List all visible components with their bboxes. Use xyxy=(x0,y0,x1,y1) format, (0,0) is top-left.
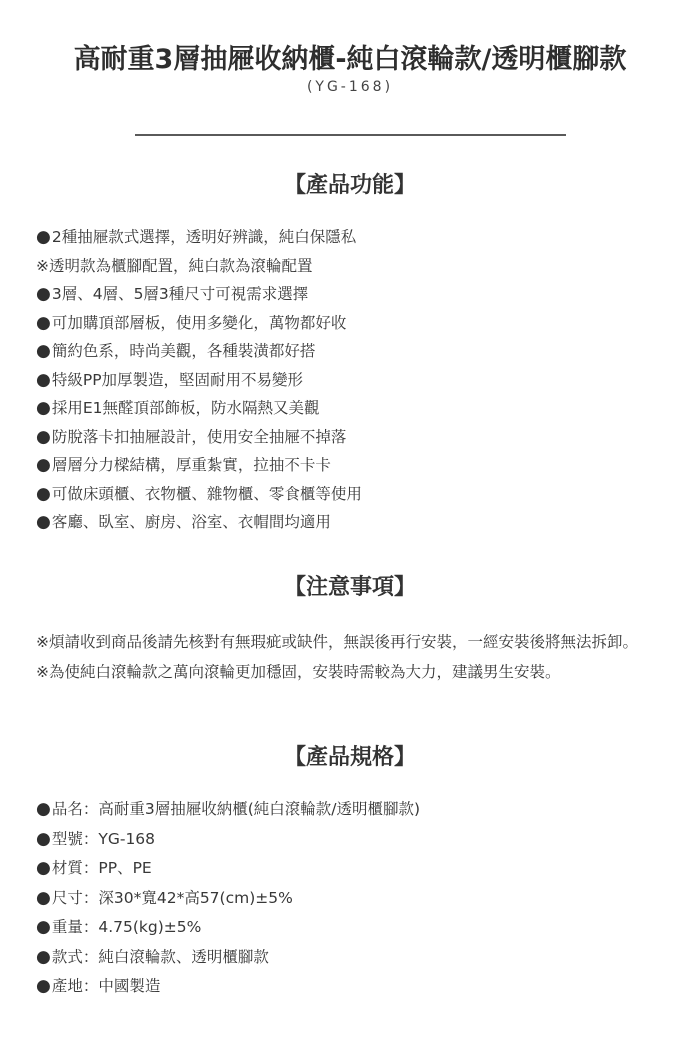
features-heading: 【產品功能】 xyxy=(0,171,700,201)
spec-value: PP、PE xyxy=(98,859,151,877)
spec-item-weight: ●重量：4.75(kg)±5% xyxy=(36,913,420,943)
bullet-icon: ● xyxy=(36,858,51,878)
feature-item: ●簡約色系，時尚美觀，各種裝潢都好搭 xyxy=(36,337,362,366)
feature-item: ●客廳、臥室、廚房、浴室、衣帽間均適用 xyxy=(36,508,362,537)
bullet-icon: ● xyxy=(36,947,51,967)
feature-item: ●特級PP加厚製造，堅固耐用不易變形 xyxy=(36,366,362,395)
notes-block: ※煩請收到商品後請先核對有無瑕疵或缺件，無誤後再行安裝，一經安裝後將無法拆卸。 … xyxy=(36,627,676,687)
product-model-number: (YG-168) xyxy=(0,79,700,95)
spec-label: 款式 xyxy=(52,948,83,966)
feature-item: ●2種抽屜款式選擇，透明好辨識，純白保隱私 xyxy=(36,223,362,252)
spec-label: 產地 xyxy=(52,977,83,995)
feature-item: ●採用E1無醛頂部飾板，防水隔熱又美觀 xyxy=(36,394,362,423)
spec-label: 材質 xyxy=(52,859,83,877)
feature-item: ●層層分力樑結構，厚重紮實，拉抽不卡卡 xyxy=(36,451,362,480)
spec-label: 尺寸 xyxy=(52,889,83,907)
note-item: ※為使純白滾輪款之萬向滾輪更加穩固，安裝時需較為大力，建議男生安裝。 xyxy=(36,657,676,687)
specs-heading: 【產品規格】 xyxy=(0,743,700,773)
bullet-icon: ● xyxy=(36,370,51,390)
spec-item-style: ●款式：純白滾輪款、透明櫃腳款 xyxy=(36,943,420,973)
feature-item: ※透明款為櫃腳配置，純白款為滾輪配置 xyxy=(36,252,362,281)
spec-value: 中國製造 xyxy=(98,977,160,995)
bullet-icon: ● xyxy=(36,888,51,908)
reference-mark-icon: ※ xyxy=(36,257,49,275)
feature-item: ●3層、4層、5層3種尺寸可視需求選擇 xyxy=(36,280,362,309)
divider xyxy=(135,134,566,136)
spec-value: 純白滾輪款、透明櫃腳款 xyxy=(98,948,269,966)
product-title: 高耐重3層抽屜收納櫃-純白滾輪款/透明櫃腳款 xyxy=(0,42,700,78)
note-item: ※煩請收到商品後請先核對有無瑕疵或缺件，無誤後再行安裝，一經安裝後將無法拆卸。 xyxy=(36,627,676,657)
specs-list: ●品名：高耐重3層抽屜收納櫃(純白滾輪款/透明櫃腳款) ●型號：YG-168 ●… xyxy=(36,795,420,1002)
bullet-icon: ● xyxy=(36,427,51,447)
spec-item-size: ●尺寸：深30*寬42*高57(cm)±5% xyxy=(36,884,420,914)
spec-item-model: ●型號：YG-168 xyxy=(36,825,420,855)
spec-label: 型號 xyxy=(52,830,83,848)
bullet-icon: ● xyxy=(36,484,51,504)
bullet-icon: ● xyxy=(36,284,51,304)
spec-item-origin: ●產地：中國製造 xyxy=(36,972,420,1002)
spec-item-material: ●材質：PP、PE xyxy=(36,854,420,884)
feature-item: ●防脫落卡扣抽屜設計，使用安全抽屜不掉落 xyxy=(36,423,362,452)
feature-item: ●可做床頭櫃、衣物櫃、雜物櫃、零食櫃等使用 xyxy=(36,480,362,509)
spec-item-name: ●品名：高耐重3層抽屜收納櫃(純白滾輪款/透明櫃腳款) xyxy=(36,795,420,825)
features-list: ●2種抽屜款式選擇，透明好辨識，純白保隱私 ※透明款為櫃腳配置，純白款為滾輪配置… xyxy=(36,223,362,537)
feature-item: ●可加購頂部層板，使用多變化，萬物都好收 xyxy=(36,309,362,338)
bullet-icon: ● xyxy=(36,341,51,361)
spec-label: 品名 xyxy=(52,800,83,818)
bullet-icon: ● xyxy=(36,829,51,849)
spec-label: 重量 xyxy=(52,918,83,936)
spec-value: 4.75(kg)±5% xyxy=(98,918,201,936)
spec-value: 深30*寬42*高57(cm)±5% xyxy=(98,889,292,907)
bullet-icon: ● xyxy=(36,917,51,937)
bullet-icon: ● xyxy=(36,512,51,532)
bullet-icon: ● xyxy=(36,313,51,333)
spec-value: 高耐重3層抽屜收納櫃(純白滾輪款/透明櫃腳款) xyxy=(98,800,420,818)
bullet-icon: ● xyxy=(36,976,51,996)
bullet-icon: ● xyxy=(36,455,51,475)
bullet-icon: ● xyxy=(36,227,51,247)
bullet-icon: ● xyxy=(36,799,51,819)
notes-heading: 【注意事項】 xyxy=(0,573,700,603)
spec-value: YG-168 xyxy=(98,830,155,848)
bullet-icon: ● xyxy=(36,398,51,418)
